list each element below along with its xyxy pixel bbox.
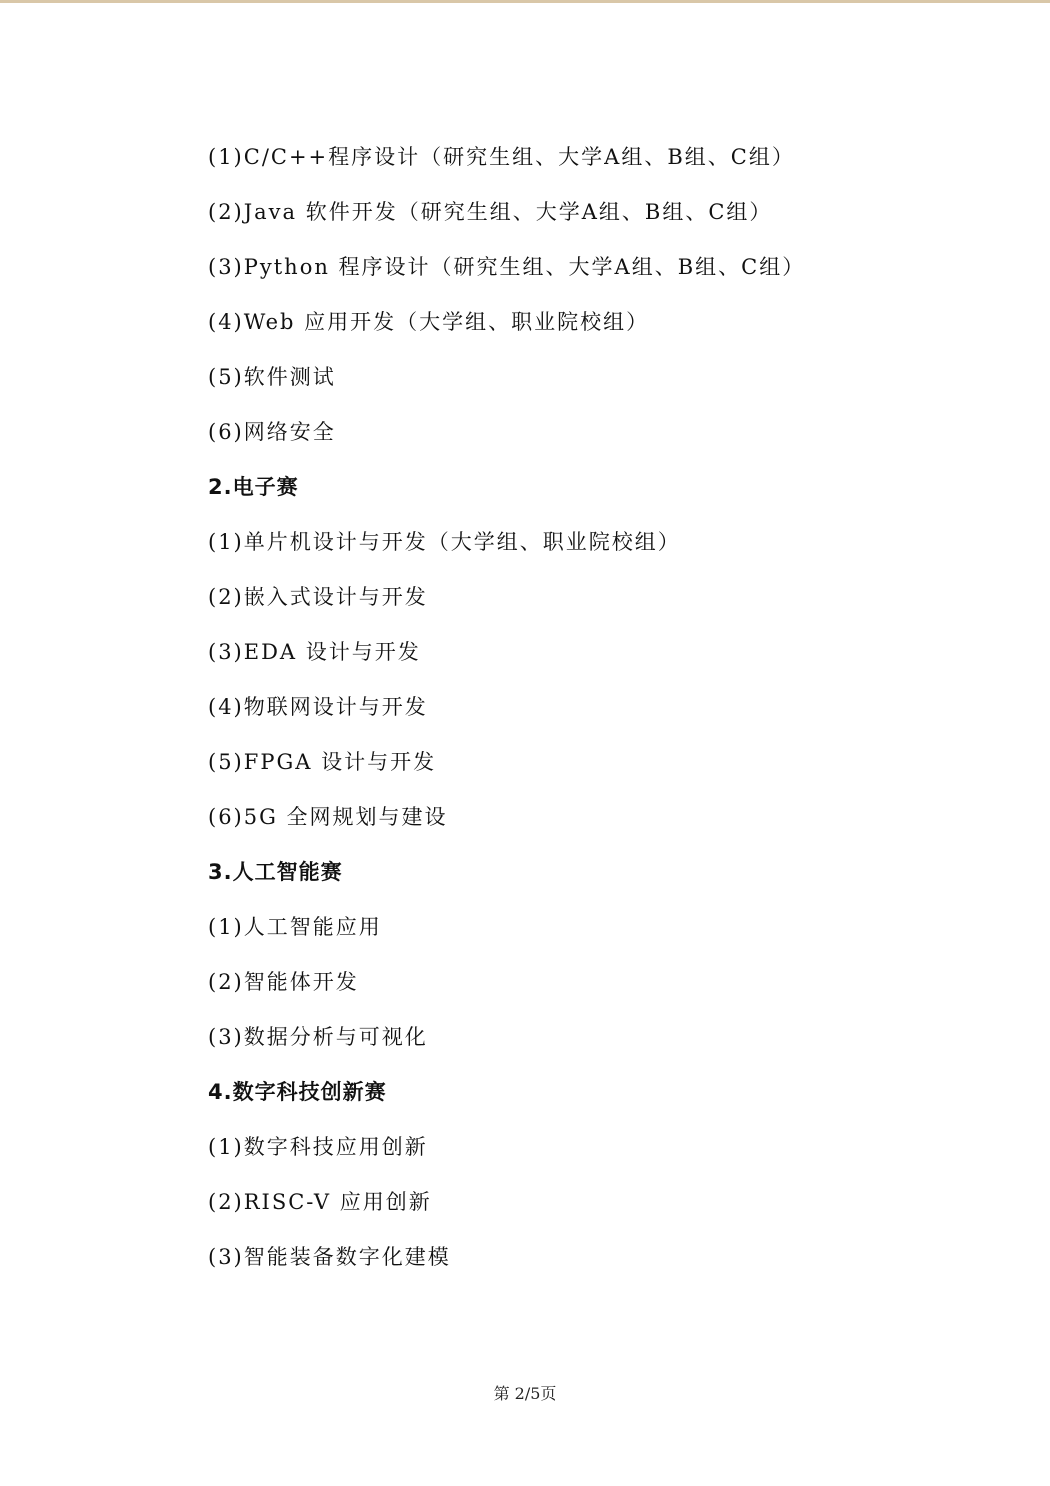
section-heading: 2.电子赛 (208, 469, 908, 524)
list-item: (5)FPGA 设计与开发 (208, 744, 908, 799)
list-item: (6)5G 全网规划与建设 (208, 799, 908, 854)
list-item: (1)人工智能应用 (208, 909, 908, 964)
list-item: (4)物联网设计与开发 (208, 689, 908, 744)
page-number: 第 2/5页 (0, 1381, 1050, 1404)
list-item: (3)Python 程序设计（研究生组、大学A组、B组、C组） (208, 249, 908, 304)
list-item: (2)智能体开发 (208, 964, 908, 1019)
list-item: (3)数据分析与可视化 (208, 1019, 908, 1074)
list-item: (2)Java 软件开发（研究生组、大学A组、B组、C组） (208, 194, 908, 249)
list-item: (3)EDA 设计与开发 (208, 634, 908, 689)
document-body: (1)C/C++程序设计（研究生组、大学A组、B组、C组） (2)Java 软件… (208, 139, 908, 1294)
section-heading: 3.人工智能赛 (208, 854, 908, 909)
list-item: (2)嵌入式设计与开发 (208, 579, 908, 634)
list-item: (4)Web 应用开发（大学组、职业院校组） (208, 304, 908, 359)
list-item: (5)软件测试 (208, 359, 908, 414)
list-item: (1)单片机设计与开发（大学组、职业院校组） (208, 524, 908, 579)
top-border (0, 0, 1050, 3)
section-heading: 4.数字科技创新赛 (208, 1074, 908, 1129)
list-item: (1)数字科技应用创新 (208, 1129, 908, 1184)
list-item: (3)智能装备数字化建模 (208, 1239, 908, 1294)
list-item: (1)C/C++程序设计（研究生组、大学A组、B组、C组） (208, 139, 908, 194)
list-item: (6)网络安全 (208, 414, 908, 469)
list-item: (2)RISC-V 应用创新 (208, 1184, 908, 1239)
